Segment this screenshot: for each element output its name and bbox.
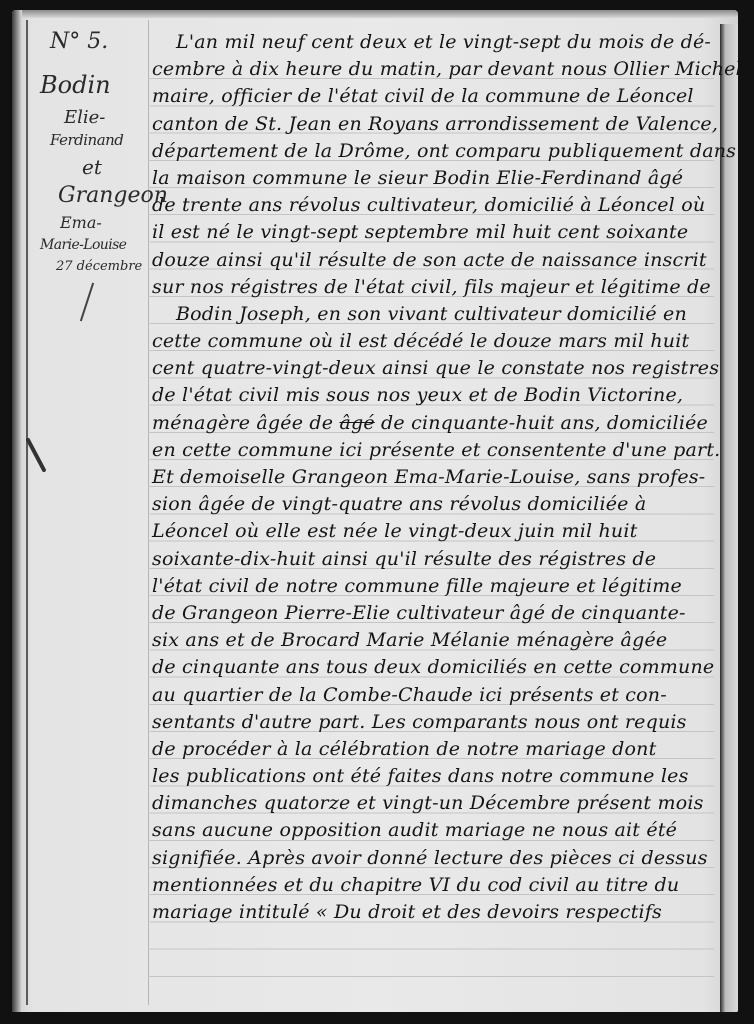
text-line: dimanches quatorze et vingt-un Décembre … — [152, 790, 718, 817]
margin-annotation: N° 5. Bodin Elie- Ferdinand et Grangeon … — [36, 30, 148, 322]
text-line: cembre à dix heure du matin, par devant … — [152, 56, 718, 83]
text-line: de cinquante ans tous deux domiciliés en… — [152, 654, 718, 681]
text-line: mariage intitulé « Du droit et des devoi… — [152, 899, 718, 926]
text-line: la maison commune le sieur Bodin Elie-Fe… — [152, 165, 718, 192]
margin-stroke — [80, 283, 94, 322]
groom-given-name-2: Ferdinand — [50, 132, 148, 156]
text-line: sion âgée de vingt-quatre ans révolus do… — [152, 491, 718, 518]
text-line: cent quatre-vingt-deux ainsi que le cons… — [152, 355, 718, 382]
text-line: mentionnées et du chapitre VI du cod civ… — [152, 872, 718, 899]
text-line: de trente ans révolus cultivateur, domic… — [152, 192, 718, 219]
text-line: L'an mil neuf cent deux et le vingt-sept… — [152, 29, 718, 56]
text-line: en cette commune ici présente et consent… — [152, 437, 718, 464]
frame-rule — [26, 20, 28, 1005]
text-line: Et demoiselle Grangeon Ema-Marie-Louise,… — [152, 464, 718, 491]
act-body-text: L'an mil neuf cent deux et le vingt-sept… — [152, 29, 718, 926]
page-top-edge — [12, 10, 738, 18]
struck-word: âgé — [339, 412, 374, 434]
text-line: de l'état civil mis sous nos yeux et de … — [152, 382, 718, 409]
text-line: signifiée. Après avoir donné lecture des… — [152, 845, 718, 872]
text-line: de Grangeon Pierre-Elie cultivateur âgé … — [152, 600, 718, 627]
text-line: de procéder à la célébration de notre ma… — [152, 736, 718, 763]
ink-mark — [25, 437, 46, 472]
text-line: sentants d'autre part. Les comparants no… — [152, 709, 718, 736]
text-line: Léoncel où elle est née le vingt-deux ju… — [152, 518, 718, 545]
text-fragment: ménagère âgée de — [152, 412, 339, 434]
text-line: six ans et de Brocard Marie Mélanie ména… — [152, 627, 718, 654]
page-binding — [12, 10, 22, 1012]
text-line: canton de St. Jean en Royans arrondissem… — [152, 111, 718, 138]
marriage-date: 27 décembre — [56, 260, 148, 282]
text-line: il est né le vingt-sept septembre mil hu… — [152, 219, 718, 246]
bride-given-name-2: Marie-Louise — [40, 238, 148, 260]
margin-conjunction: et — [82, 156, 148, 184]
text-line: douze ainsi qu'il résulte de son acte de… — [152, 247, 718, 274]
paper-sheet: N° 5. Bodin Elie- Ferdinand et Grangeon … — [12, 10, 738, 1012]
scanned-register-page: N° 5. Bodin Elie- Ferdinand et Grangeon … — [0, 0, 754, 1024]
text-line: sans aucune opposition audit mariage ne … — [152, 817, 718, 844]
groom-given-name-1: Elie- — [64, 108, 148, 132]
text-line: au quartier de la Combe-Chaude ici prése… — [152, 682, 718, 709]
text-line: maire, officier de l'état civil de la co… — [152, 83, 718, 110]
text-line: sur nos régistres de l'état civil, fils … — [152, 274, 718, 301]
text-line: soixante-dix-huit ainsi qu'il résulte de… — [152, 546, 718, 573]
groom-surname: Bodin — [40, 72, 148, 108]
next-page-edge — [720, 24, 738, 1012]
bride-given-name-1: Ema- — [60, 214, 148, 238]
text-fragment: de cinquante-huit ans, domiciliée — [375, 412, 708, 434]
text-line: Bodin Joseph, en son vivant cultivateur … — [152, 301, 718, 328]
text-line: l'état civil de notre commune fille maje… — [152, 573, 718, 600]
act-number: N° 5. — [50, 30, 148, 72]
text-line-with-strikethrough: ménagère âgée de âgé de cinquante-huit a… — [152, 410, 718, 437]
text-line: département de la Drôme, ont comparu pub… — [152, 138, 718, 165]
bride-surname: Grangeon — [58, 184, 148, 214]
text-line: cette commune où il est décédé le douze … — [152, 328, 718, 355]
text-line: les publications ont été faites dans not… — [152, 763, 718, 790]
